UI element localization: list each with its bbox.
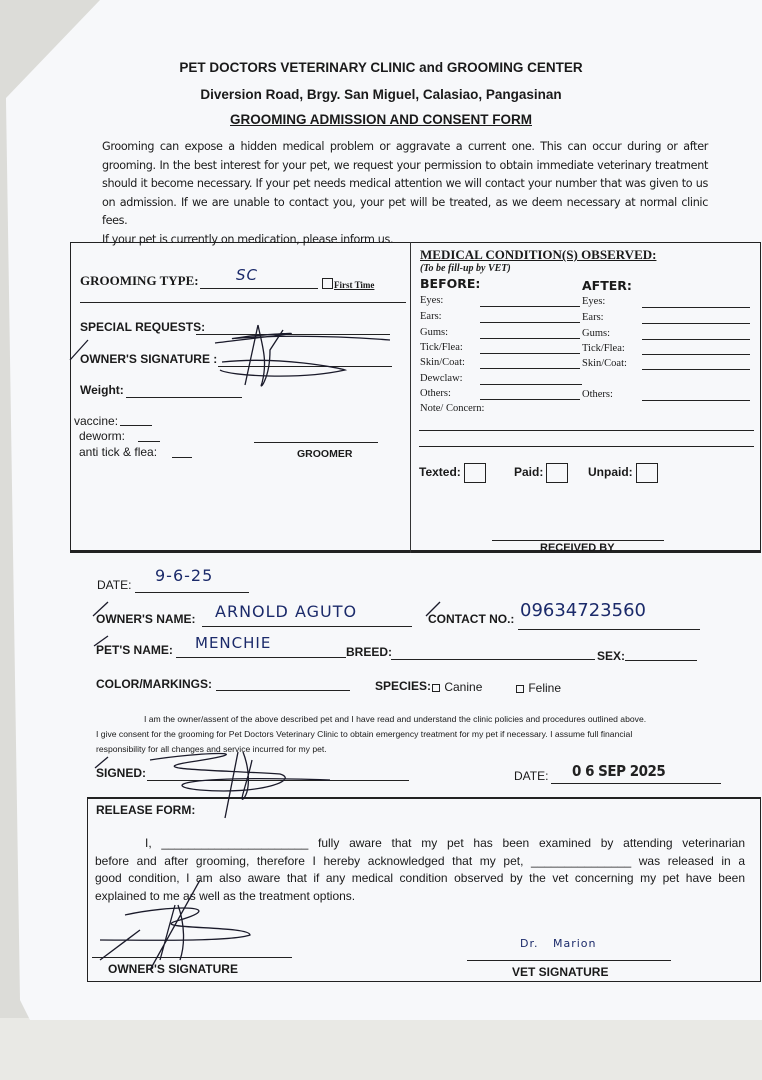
handwritten-signatures — [0, 0, 762, 1080]
